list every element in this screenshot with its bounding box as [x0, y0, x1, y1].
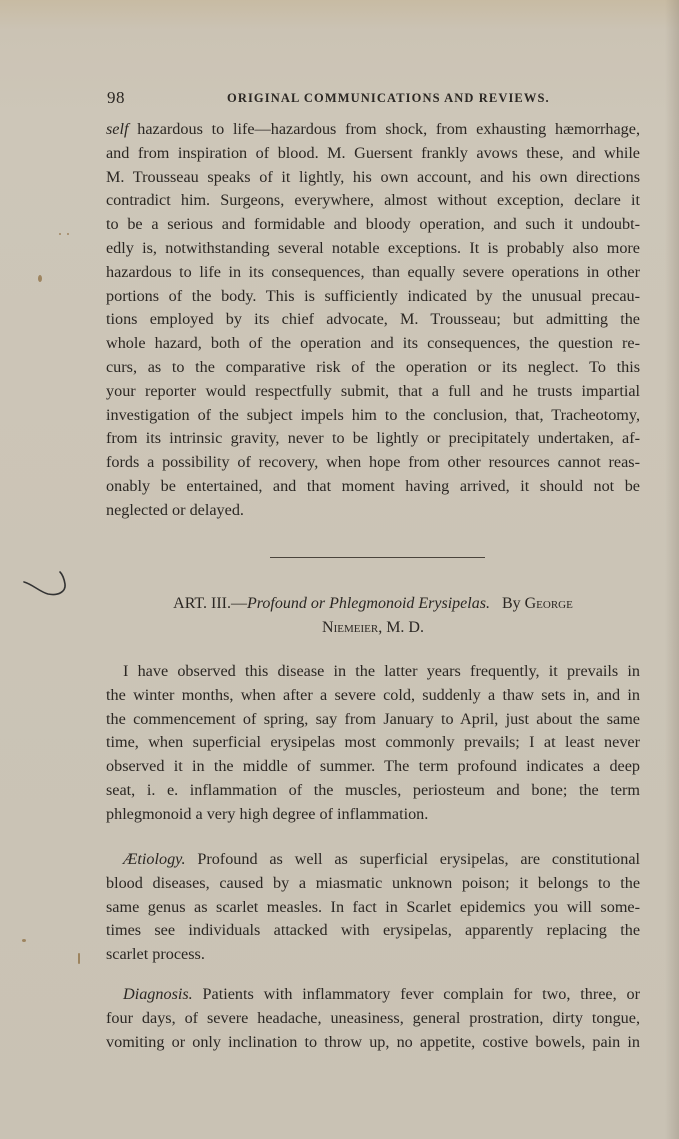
text-line: curs, as to the comparative risk of the …: [106, 356, 640, 380]
byline-by: By: [502, 595, 521, 612]
text-line: self hazardous to life—hazardous from sh…: [106, 118, 640, 142]
paragraph-introduction: I have observed this disease in the latt…: [106, 660, 640, 827]
article-title: Profound or Phlegmonoid Erysipelas.: [247, 595, 490, 612]
text-line: observed it in the middle of summer. The…: [106, 755, 640, 779]
paper-stain: [59, 233, 61, 235]
section-label-diagnosis: Diagnosis.: [123, 985, 193, 1003]
paper-stain: [67, 233, 69, 235]
text-line: the commencement of spring, say from Jan…: [106, 708, 640, 732]
handwritten-check-mark: [22, 570, 72, 606]
text-line: fords a possibility of recovery, when ho…: [106, 451, 640, 475]
text-line: blood diseases, caused by a miasmatic un…: [106, 872, 640, 896]
text-line: the winter months, when after a severe c…: [106, 684, 640, 708]
text-line: hazardous to life in its consequences, t…: [106, 261, 640, 285]
author-first-name: George: [525, 595, 573, 612]
article-heading: ART. III.—Profound or Phlegmonoid Erysip…: [106, 592, 640, 640]
article-number: ART. III.—: [173, 595, 247, 612]
paragraph-aetiology: Ætiology. Profound as well as superficia…: [106, 848, 640, 967]
text-line: whole hazard, both of the operation and …: [106, 332, 640, 356]
paper-stain: [22, 939, 26, 942]
text-line: Diagnosis. Patients with inflammatory fe…: [106, 983, 640, 1007]
paragraph-tracheotomy-conclusion: self hazardous to life—hazardous from sh…: [106, 118, 640, 523]
text-line: your reporter would respectfully submit,…: [106, 380, 640, 404]
text-line: onably be entertained, and that moment h…: [106, 475, 640, 499]
text-line: vomiting or only inclination to throw up…: [106, 1031, 640, 1055]
book-page: 98 ORIGINAL COMMUNICATIONS AND REVIEWS. …: [0, 0, 679, 1139]
text-line: phlegmonoid a very high degree of inflam…: [106, 803, 640, 827]
text-line: four days, of severe headache, uneasines…: [106, 1007, 640, 1031]
text-line: seat, i. e. inflammation of the muscles,…: [106, 779, 640, 803]
text-line: scarlet process.: [106, 943, 640, 967]
page-header: 98 ORIGINAL COMMUNICATIONS AND REVIEWS.: [107, 88, 644, 110]
paragraph-diagnosis: Diagnosis. Patients with inflammatory fe…: [106, 983, 640, 1054]
text-line: contradict him. Surgeons, everywhere, al…: [106, 189, 640, 213]
text-line: investigation of the subject impels him …: [106, 404, 640, 428]
text-line: same genus as scarlet measles. In fact i…: [106, 896, 640, 920]
text-line: to be a serious and formidable and blood…: [106, 213, 640, 237]
running-head: ORIGINAL COMMUNICATIONS AND REVIEWS.: [227, 91, 550, 106]
text-line: and from inspiration of blood. M. Guerse…: [106, 142, 640, 166]
text-line: time, when superficial erysipelas most c…: [106, 731, 640, 755]
text-line: times see individuals attacked with erys…: [106, 919, 640, 943]
section-label-aetiology: Ætiology.: [123, 850, 186, 868]
section-divider: [270, 557, 485, 558]
text-line: Ætiology. Profound as well as superficia…: [106, 848, 640, 872]
text-line: edly is, notwithstanding several notable…: [106, 237, 640, 261]
text-line: neglected or delayed.: [106, 499, 640, 523]
author-last-name: Niemeier, M. D.: [106, 616, 640, 640]
text-line: from its intrinsic gravity, never to be …: [106, 427, 640, 451]
paper-stain: [38, 275, 42, 282]
italic-word: self: [106, 120, 128, 138]
article-title-line: ART. III.—Profound or Phlegmonoid Erysip…: [106, 592, 640, 616]
text-line: I have observed this disease in the latt…: [106, 660, 640, 684]
paper-stain: [78, 953, 80, 964]
text-line: tions employed by its chief advocate, M.…: [106, 308, 640, 332]
page-number: 98: [107, 88, 125, 108]
text-line: portions of the body. This is sufficient…: [106, 285, 640, 309]
text-line: M. Trousseau speaks of it lightly, his o…: [106, 166, 640, 190]
